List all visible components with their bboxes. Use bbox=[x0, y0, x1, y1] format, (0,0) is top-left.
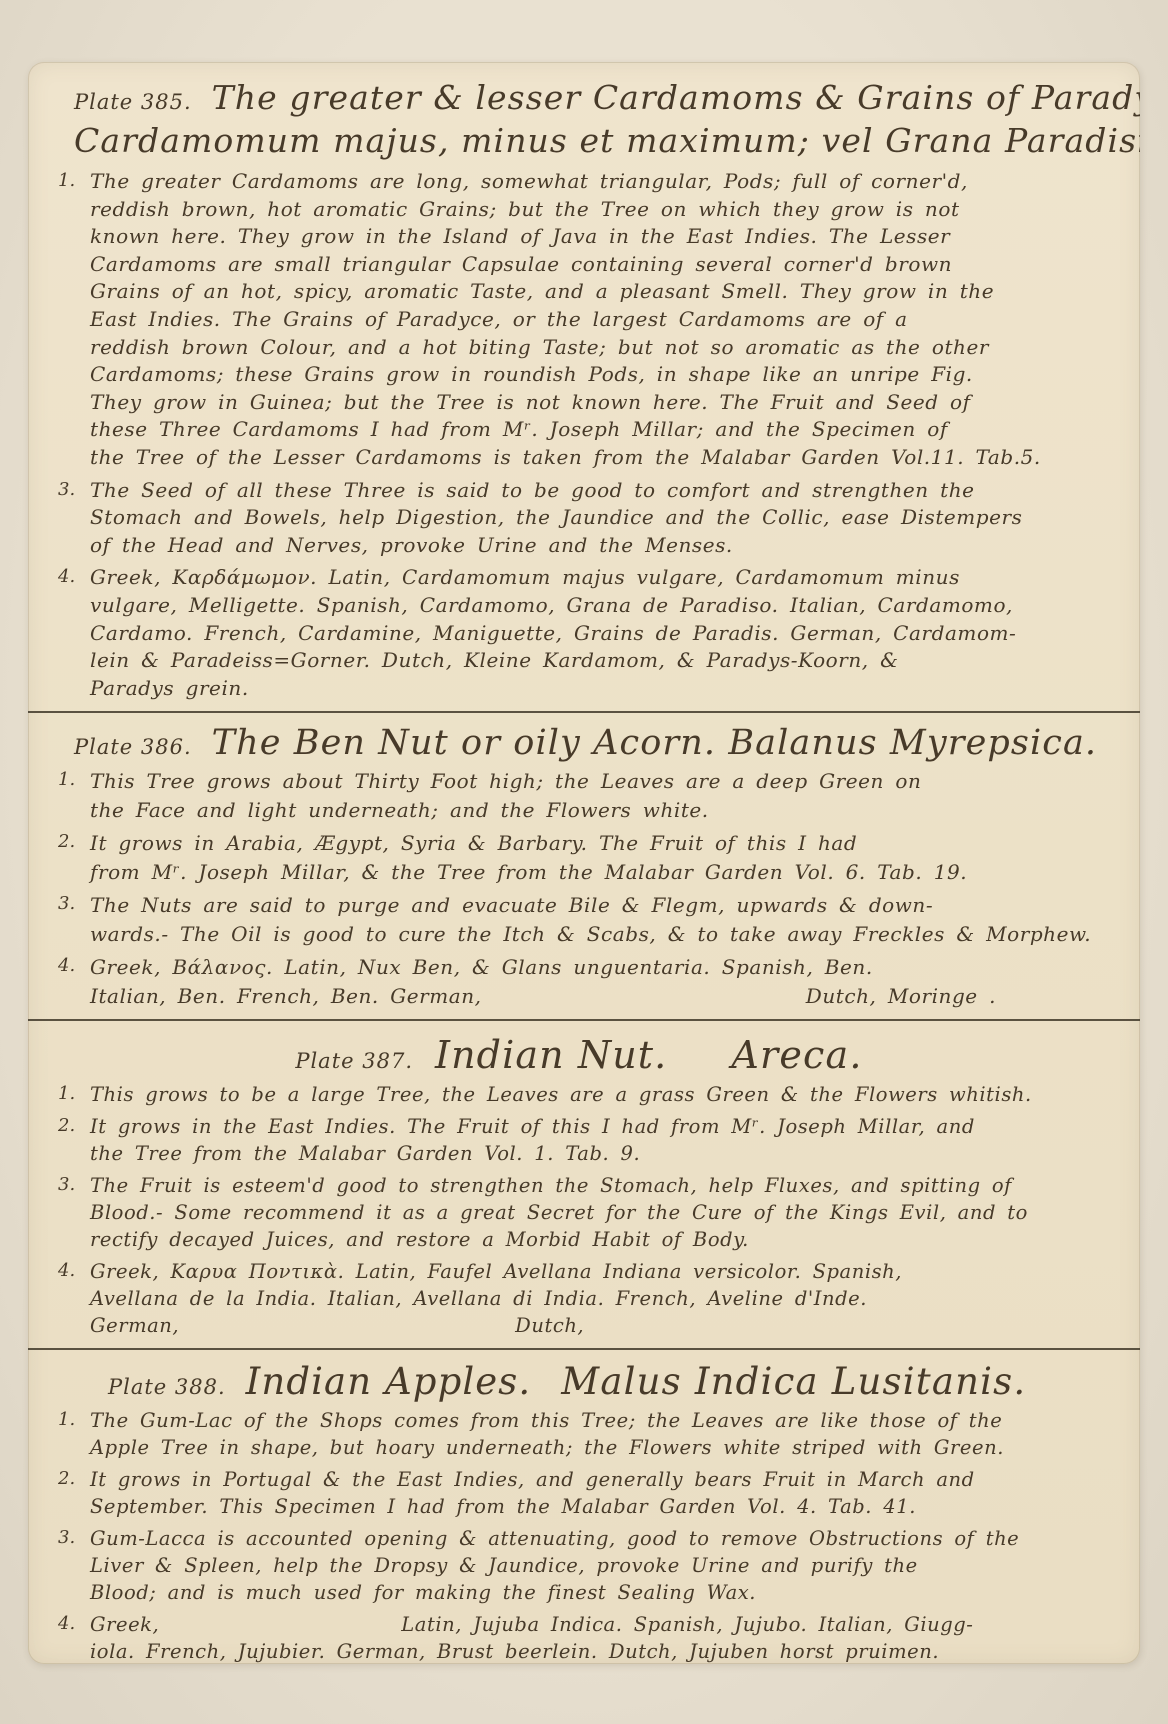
text-line: Stomach and Bowels, help Digestion, the … bbox=[90, 504, 1114, 532]
numbered-item: 2. It grows in Portugal & the East Indie… bbox=[44, 1466, 1114, 1520]
plate-number-label: Plate 388. bbox=[108, 1375, 226, 1399]
item-number: 4. bbox=[44, 1611, 90, 1664]
item-number: 1. bbox=[44, 1407, 90, 1461]
text-line: known here. They grow in the Island of J… bbox=[90, 223, 1114, 251]
numbered-item: 4. Greek, Latin, Jujuba Indica. Spanish,… bbox=[44, 1611, 1114, 1664]
item-number: 2. bbox=[44, 1466, 90, 1520]
plate-387-section: Plate 387. Indian Nut. Areca. 1. This gr… bbox=[44, 1033, 1114, 1339]
text-line: The Fruit is esteem'd good to strengthen… bbox=[90, 1172, 1114, 1199]
text-line: The Seed of all these Three is said to b… bbox=[90, 477, 1114, 505]
text-line: Greek, Βάλανος. Latin, Nux Ben, & Glans … bbox=[90, 953, 1114, 982]
item-text: Gum-Lacca is accounted opening & attenua… bbox=[90, 1525, 1114, 1606]
plate-385-heading: Plate 385. The greater & lesser Cardamom… bbox=[44, 78, 1114, 117]
text-line: these Three Cardamoms I had from Mʳ. Jos… bbox=[90, 416, 1114, 444]
numbered-item: 4. Greek, Καρδάμωμον. Latin, Cardamomum … bbox=[44, 564, 1114, 702]
text-line: from Mʳ. Joseph Millar, & the Tree from … bbox=[90, 858, 1114, 887]
text-line: German, bbox=[90, 1312, 179, 1339]
text-line: Blood.- Some recommend it as a great Sec… bbox=[90, 1199, 1114, 1226]
text-line: Gum-Lacca is accounted opening & attenua… bbox=[90, 1525, 1114, 1552]
item-text: This grows to be a large Tree, the Leave… bbox=[90, 1081, 1114, 1108]
plate-386-heading: Plate 386. The Ben Nut or oily Acorn. Ba… bbox=[44, 723, 1114, 763]
text-line: reddish brown, hot aromatic Grains; but … bbox=[90, 196, 1114, 224]
text-line: East Indies. The Grains of Paradyce, or … bbox=[90, 306, 1114, 334]
plate-388-title: Indian Apples. bbox=[246, 1360, 532, 1403]
text-line: Dutch, Moringe . bbox=[806, 982, 996, 1011]
plate-number-label: Plate 385. bbox=[74, 90, 192, 114]
item-text: Greek, Latin, Jujuba Indica. Spanish, Ju… bbox=[90, 1611, 1114, 1664]
text-line: The Nuts are said to purge and evacuate … bbox=[90, 891, 1114, 920]
item-number: 4. bbox=[44, 564, 90, 702]
text-line: Grains of an hot, spicy, aromatic Taste,… bbox=[90, 278, 1114, 306]
numbered-item: 3. The Nuts are said to purge and evacua… bbox=[44, 891, 1114, 948]
item-text: The Nuts are said to purge and evacuate … bbox=[90, 891, 1114, 948]
item-number: 1. bbox=[44, 767, 90, 824]
text-line-with-gap: German, Dutch, bbox=[90, 1312, 1114, 1339]
numbered-item: 3. The Seed of all these Three is said t… bbox=[44, 477, 1114, 560]
item-number: 1. bbox=[44, 1081, 90, 1108]
plate-387-latin-title: Areca. bbox=[731, 1033, 862, 1077]
item-text: The Seed of all these Three is said to b… bbox=[90, 477, 1114, 560]
text-line: vulgare, Melligette. Spanish, Cardamomo,… bbox=[90, 592, 1114, 620]
text-line: rectify decayed Juices, and restore a Mo… bbox=[90, 1226, 1114, 1253]
text-line: Cardamo. French, Cardamine, Maniguette, … bbox=[90, 620, 1114, 648]
plate-385-latin-title: Cardamomum majus, minus et maximum; vel … bbox=[44, 121, 1114, 160]
item-text: Greek, Καρδάμωμον. Latin, Cardamomum maj… bbox=[90, 564, 1114, 702]
plate-387-title: Indian Nut. bbox=[435, 1033, 667, 1077]
item-number: 3. bbox=[44, 1172, 90, 1253]
plate-388-heading: Plate 388. Indian Apples. Malus Indica L… bbox=[44, 1360, 1114, 1403]
text-line: It grows in Portugal & the East Indies, … bbox=[90, 1466, 1114, 1493]
text-line: Greek, Καρδάμωμον. Latin, Cardamomum maj… bbox=[90, 564, 1114, 592]
plate-386-section: Plate 386. The Ben Nut or oily Acorn. Ba… bbox=[44, 723, 1114, 1010]
text-line: It grows in the East Indies. The Fruit o… bbox=[90, 1113, 1114, 1140]
item-text: The greater Cardamoms are long, somewhat… bbox=[90, 168, 1114, 472]
item-text: Greek, Βάλανος. Latin, Nux Ben, & Glans … bbox=[90, 953, 1114, 1010]
numbered-item: 4. Greek, Βάλανος. Latin, Nux Ben, & Gla… bbox=[44, 953, 1114, 1010]
plate-388-section: Plate 388. Indian Apples. Malus Indica L… bbox=[44, 1360, 1114, 1664]
numbered-item: 1. The greater Cardamoms are long, somew… bbox=[44, 168, 1114, 472]
item-text: It grows in the East Indies. The Fruit o… bbox=[90, 1113, 1114, 1167]
section-divider bbox=[28, 1348, 1140, 1350]
section-divider bbox=[28, 711, 1140, 713]
plate-385-section: Plate 385. The greater & lesser Cardamom… bbox=[44, 78, 1114, 702]
numbered-item: 2. It grows in Arabia, Ægypt, Syria & Ba… bbox=[44, 829, 1114, 886]
plate-number-label: Plate 386. bbox=[74, 735, 192, 759]
text-line: the Tree of the Lesser Cardamoms is take… bbox=[90, 444, 1114, 472]
text-line: Avellana de la India. Italian, Avellana … bbox=[90, 1285, 1114, 1312]
numbered-item: 4. Greek, Καρυα Ποντικὰ. Latin, Faufel A… bbox=[44, 1258, 1114, 1339]
plate-388-latin-title: Malus Indica Lusitanis. bbox=[561, 1360, 1026, 1403]
text-line: Greek, bbox=[90, 1611, 159, 1638]
text-line: September. This Specimen I had from the … bbox=[90, 1493, 1114, 1520]
item-number: 3. bbox=[44, 891, 90, 948]
item-text: It grows in Arabia, Ægypt, Syria & Barba… bbox=[90, 829, 1114, 886]
plate-number-label: Plate 387. bbox=[295, 1049, 413, 1073]
text-line: Paradys grein. bbox=[90, 675, 1114, 703]
text-line: The Gum-Lac of the Shops comes from this… bbox=[90, 1407, 1114, 1434]
numbered-item: 1. The Gum-Lac of the Shops comes from t… bbox=[44, 1407, 1114, 1461]
plate-385-title: The greater & lesser Cardamoms & Grains … bbox=[212, 78, 1140, 117]
text-line: Italian, Ben. French, Ben. German, bbox=[90, 982, 482, 1011]
text-line: the Tree from the Malabar Garden Vol. 1.… bbox=[90, 1140, 1114, 1167]
plate-387-heading: Plate 387. Indian Nut. Areca. bbox=[44, 1033, 1114, 1077]
text-line: The greater Cardamoms are long, somewhat… bbox=[90, 168, 1114, 196]
text-line: Latin, Jujuba Indica. Spanish, Jujubo. I… bbox=[401, 1611, 973, 1638]
text-line: wards.- The Oil is good to cure the Itch… bbox=[90, 920, 1114, 949]
text-line-with-gap: Greek, Latin, Jujuba Indica. Spanish, Ju… bbox=[90, 1611, 1114, 1638]
text-line: Dutch, bbox=[515, 1312, 584, 1339]
item-text: The Fruit is esteem'd good to strengthen… bbox=[90, 1172, 1114, 1253]
item-number: 4. bbox=[44, 1258, 90, 1339]
text-line: They grow in Guinea; but the Tree is not… bbox=[90, 389, 1114, 417]
item-number: 2. bbox=[44, 829, 90, 886]
item-text: Greek, Καρυα Ποντικὰ. Latin, Faufel Avel… bbox=[90, 1258, 1114, 1339]
text-line: Apple Tree in shape, but hoary underneat… bbox=[90, 1434, 1114, 1461]
engraved-plate-area: Plate 385. The greater & lesser Cardamom… bbox=[28, 62, 1140, 1664]
text-line: It grows in Arabia, Ægypt, Syria & Barba… bbox=[90, 829, 1114, 858]
item-number: 2. bbox=[44, 1113, 90, 1167]
text-line: Liver & Spleen, help the Dropsy & Jaundi… bbox=[90, 1552, 1114, 1579]
text-line: This Tree grows about Thirty Foot high; … bbox=[90, 767, 1114, 796]
item-number: 3. bbox=[44, 477, 90, 560]
text-line-with-gap: Italian, Ben. French, Ben. German, Dutch… bbox=[90, 982, 1114, 1011]
text-line: the Face and light underneath; and the F… bbox=[90, 796, 1114, 825]
text-line: Blood; and is much used for making the f… bbox=[90, 1579, 1114, 1606]
numbered-item: 1. This Tree grows about Thirty Foot hig… bbox=[44, 767, 1114, 824]
text-line: Greek, Καρυα Ποντικὰ. Latin, Faufel Avel… bbox=[90, 1258, 1114, 1285]
item-text: The Gum-Lac of the Shops comes from this… bbox=[90, 1407, 1114, 1461]
item-number: 4. bbox=[44, 953, 90, 1010]
text-line: reddish brown Colour, and a hot biting T… bbox=[90, 334, 1114, 362]
item-text: It grows in Portugal & the East Indies, … bbox=[90, 1466, 1114, 1520]
numbered-item: 3. The Fruit is esteem'd good to strengt… bbox=[44, 1172, 1114, 1253]
text-line: lein & Paradeiss=Gorner. Dutch, Kleine K… bbox=[90, 647, 1114, 675]
numbered-item: 2. It grows in the East Indies. The Frui… bbox=[44, 1113, 1114, 1167]
item-number: 3. bbox=[44, 1525, 90, 1606]
text-line: Cardamoms; these Grains grow in roundish… bbox=[90, 361, 1114, 389]
item-text: This Tree grows about Thirty Foot high; … bbox=[90, 767, 1114, 824]
text-line: iola. French, Jujubier. German, Brust be… bbox=[90, 1638, 1114, 1664]
text-line: of the Head and Nerves, provoke Urine an… bbox=[90, 532, 1114, 560]
numbered-item: 1. This grows to be a large Tree, the Le… bbox=[44, 1081, 1114, 1108]
numbered-item: 3. Gum-Lacca is accounted opening & atte… bbox=[44, 1525, 1114, 1606]
plate-386-title: The Ben Nut or oily Acorn. Balanus Myrep… bbox=[212, 723, 1097, 763]
text-line: This grows to be a large Tree, the Leave… bbox=[90, 1081, 1114, 1108]
text-line: Cardamoms are small triangular Capsulae … bbox=[90, 251, 1114, 279]
item-number: 1. bbox=[44, 168, 90, 472]
herbal-page-scan: { "page": { "footer": "No. 97.", "ink_co… bbox=[0, 0, 1168, 1724]
section-divider bbox=[28, 1019, 1140, 1021]
